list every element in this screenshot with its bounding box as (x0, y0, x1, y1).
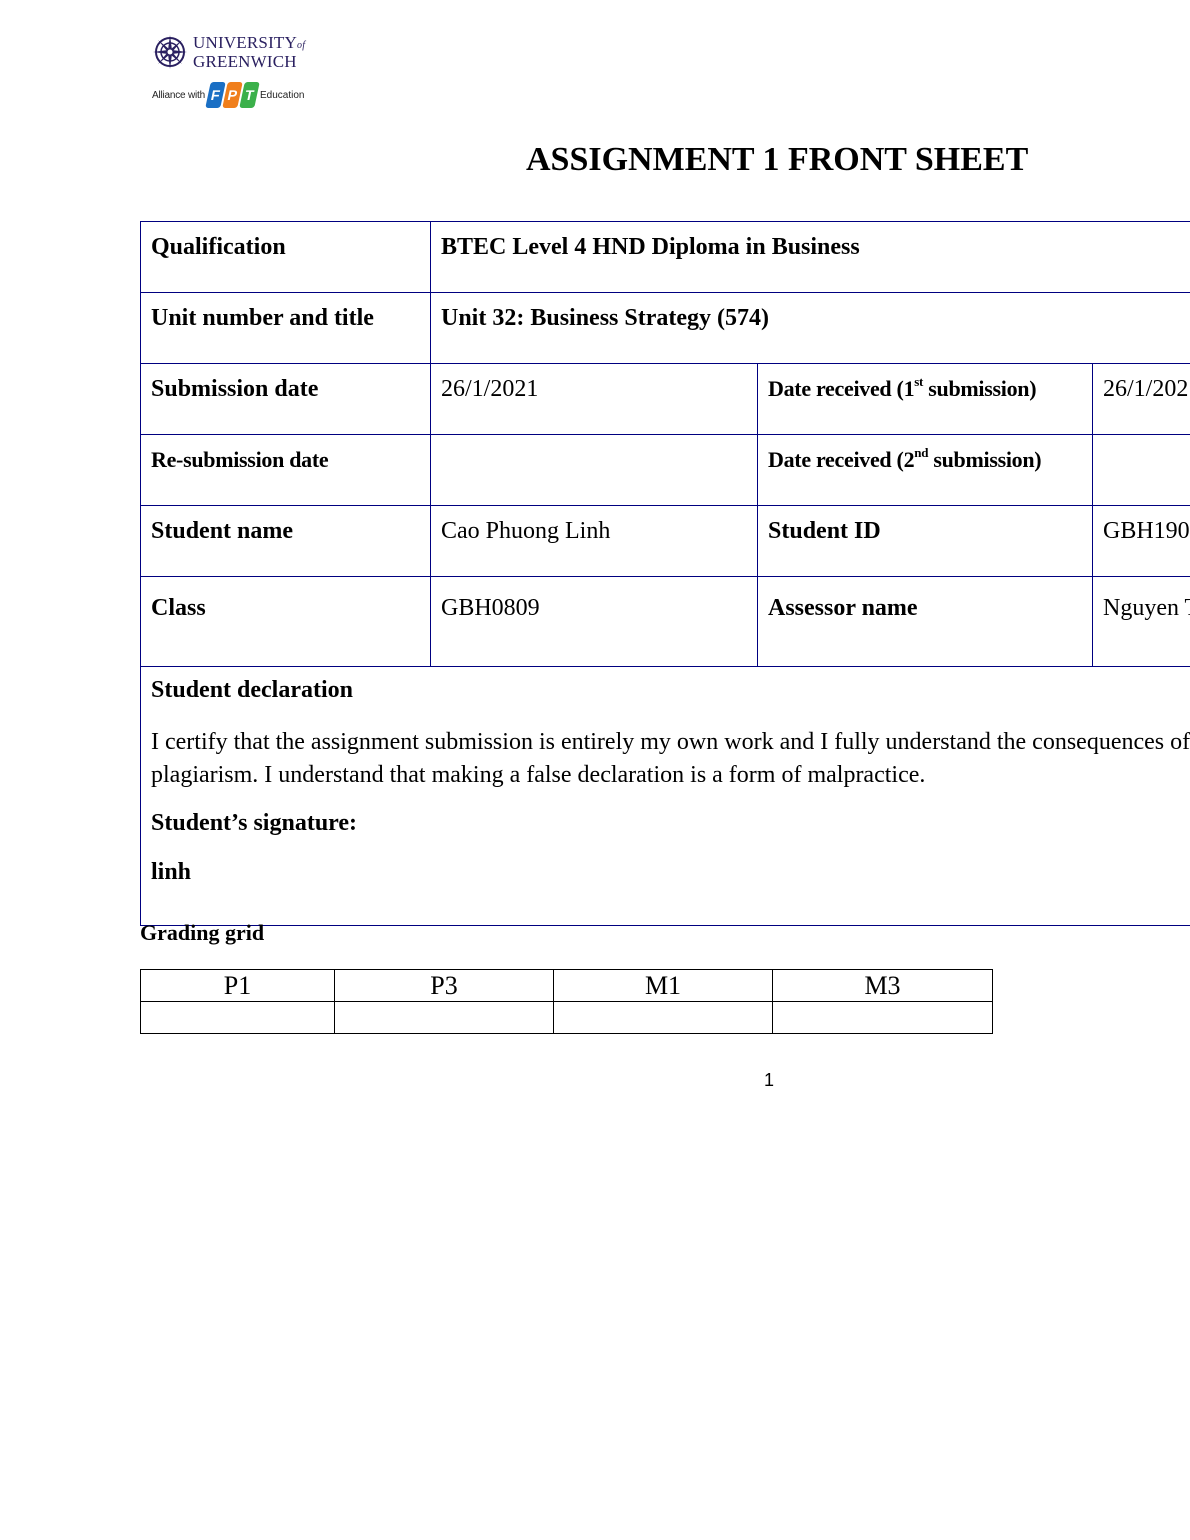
grade-value-m1 (554, 1002, 773, 1034)
grading-grid-label: Grading grid (140, 920, 264, 946)
grade-header-p1: P1 (141, 970, 335, 1002)
class-value: GBH0809 (431, 577, 758, 667)
grading-grid: P1 P3 M1 M3 (140, 969, 993, 1034)
front-sheet-table: Qualification BTEC Level 4 HND Diploma i… (140, 221, 1190, 926)
signature-value: linh (151, 859, 1190, 886)
submission-date-value: 26/1/2021 (431, 364, 758, 435)
class-label: Class (141, 577, 431, 667)
grading-value-row (141, 1002, 993, 1034)
logo-of: of (297, 40, 305, 51)
university-logo: UNIVERSITYof GREENWICH Alliance with F P… (152, 34, 312, 120)
grade-value-m3 (773, 1002, 993, 1034)
date-received-2-sup: nd (914, 445, 928, 460)
logo-greenwich: GREENWICH (193, 54, 305, 70)
submission-date-label: Submission date (141, 364, 431, 435)
qualification-value: BTEC Level 4 HND Diploma in Business (431, 222, 1190, 293)
submission-row: Submission date 26/1/2021 Date received … (141, 364, 1190, 435)
fpt-letter-t: T (239, 82, 260, 108)
declaration-body: I certify that the assignment submission… (151, 726, 1190, 792)
student-id-label: Student ID (758, 506, 1093, 577)
grade-header-p3: P3 (335, 970, 554, 1002)
logo-alliance-text: Alliance with (152, 90, 205, 101)
resubmission-row: Re-submission date Date received (2nd su… (141, 435, 1190, 506)
declaration-row: Student declaration I certify that the a… (141, 667, 1190, 926)
grade-header-m1: M1 (554, 970, 773, 1002)
date-received-1-suffix: submission) (923, 376, 1036, 401)
resubmission-date-label: Re-submission date (141, 435, 431, 506)
grading-header-row: P1 P3 M1 M3 (141, 970, 993, 1002)
date-received-2-prefix: Date received (2 (768, 447, 914, 472)
compass-rose-icon (152, 34, 188, 70)
grade-header-m3: M3 (773, 970, 993, 1002)
page-number: 1 (764, 1070, 774, 1091)
qualification-label: Qualification (141, 222, 431, 293)
student-name-label: Student name (141, 506, 431, 577)
date-received-1-label: Date received (1st submission) (758, 364, 1093, 435)
date-received-2-suffix: submission) (928, 447, 1041, 472)
date-received-2-value (1093, 435, 1190, 506)
date-received-1-sup: st (914, 374, 923, 389)
student-name-value: Cao Phuong Linh (431, 506, 758, 577)
assessor-value: Nguyen T (1093, 577, 1190, 667)
page-title: ASSIGNMENT 1 FRONT SHEET (526, 141, 1028, 179)
qualification-row: Qualification BTEC Level 4 HND Diploma i… (141, 222, 1190, 293)
unit-label: Unit number and title (141, 293, 431, 364)
fpt-logo-icon: F P T (208, 82, 257, 108)
unit-value: Unit 32: Business Strategy (574) (431, 293, 1190, 364)
student-declaration: Student declaration I certify that the a… (141, 667, 1190, 926)
grade-value-p1 (141, 1002, 335, 1034)
logo-education-text: Education (260, 90, 304, 101)
logo-university: UNIVERSITY (193, 33, 297, 52)
date-received-1-prefix: Date received (1 (768, 376, 914, 401)
resubmission-date-value (431, 435, 758, 506)
class-row: Class GBH0809 Assessor name Nguyen T (141, 577, 1190, 667)
date-received-2-label: Date received (2nd submission) (758, 435, 1093, 506)
date-received-1-value: 26/1/2021 (1093, 364, 1190, 435)
student-id-value: GBH190 (1093, 506, 1190, 577)
signature-label: Student’s signature: (151, 810, 1190, 837)
grade-value-p3 (335, 1002, 554, 1034)
declaration-heading: Student declaration (151, 677, 1190, 704)
assessor-label: Assessor name (758, 577, 1093, 667)
unit-row: Unit number and title Unit 32: Business … (141, 293, 1190, 364)
student-row: Student name Cao Phuong Linh Student ID … (141, 506, 1190, 577)
